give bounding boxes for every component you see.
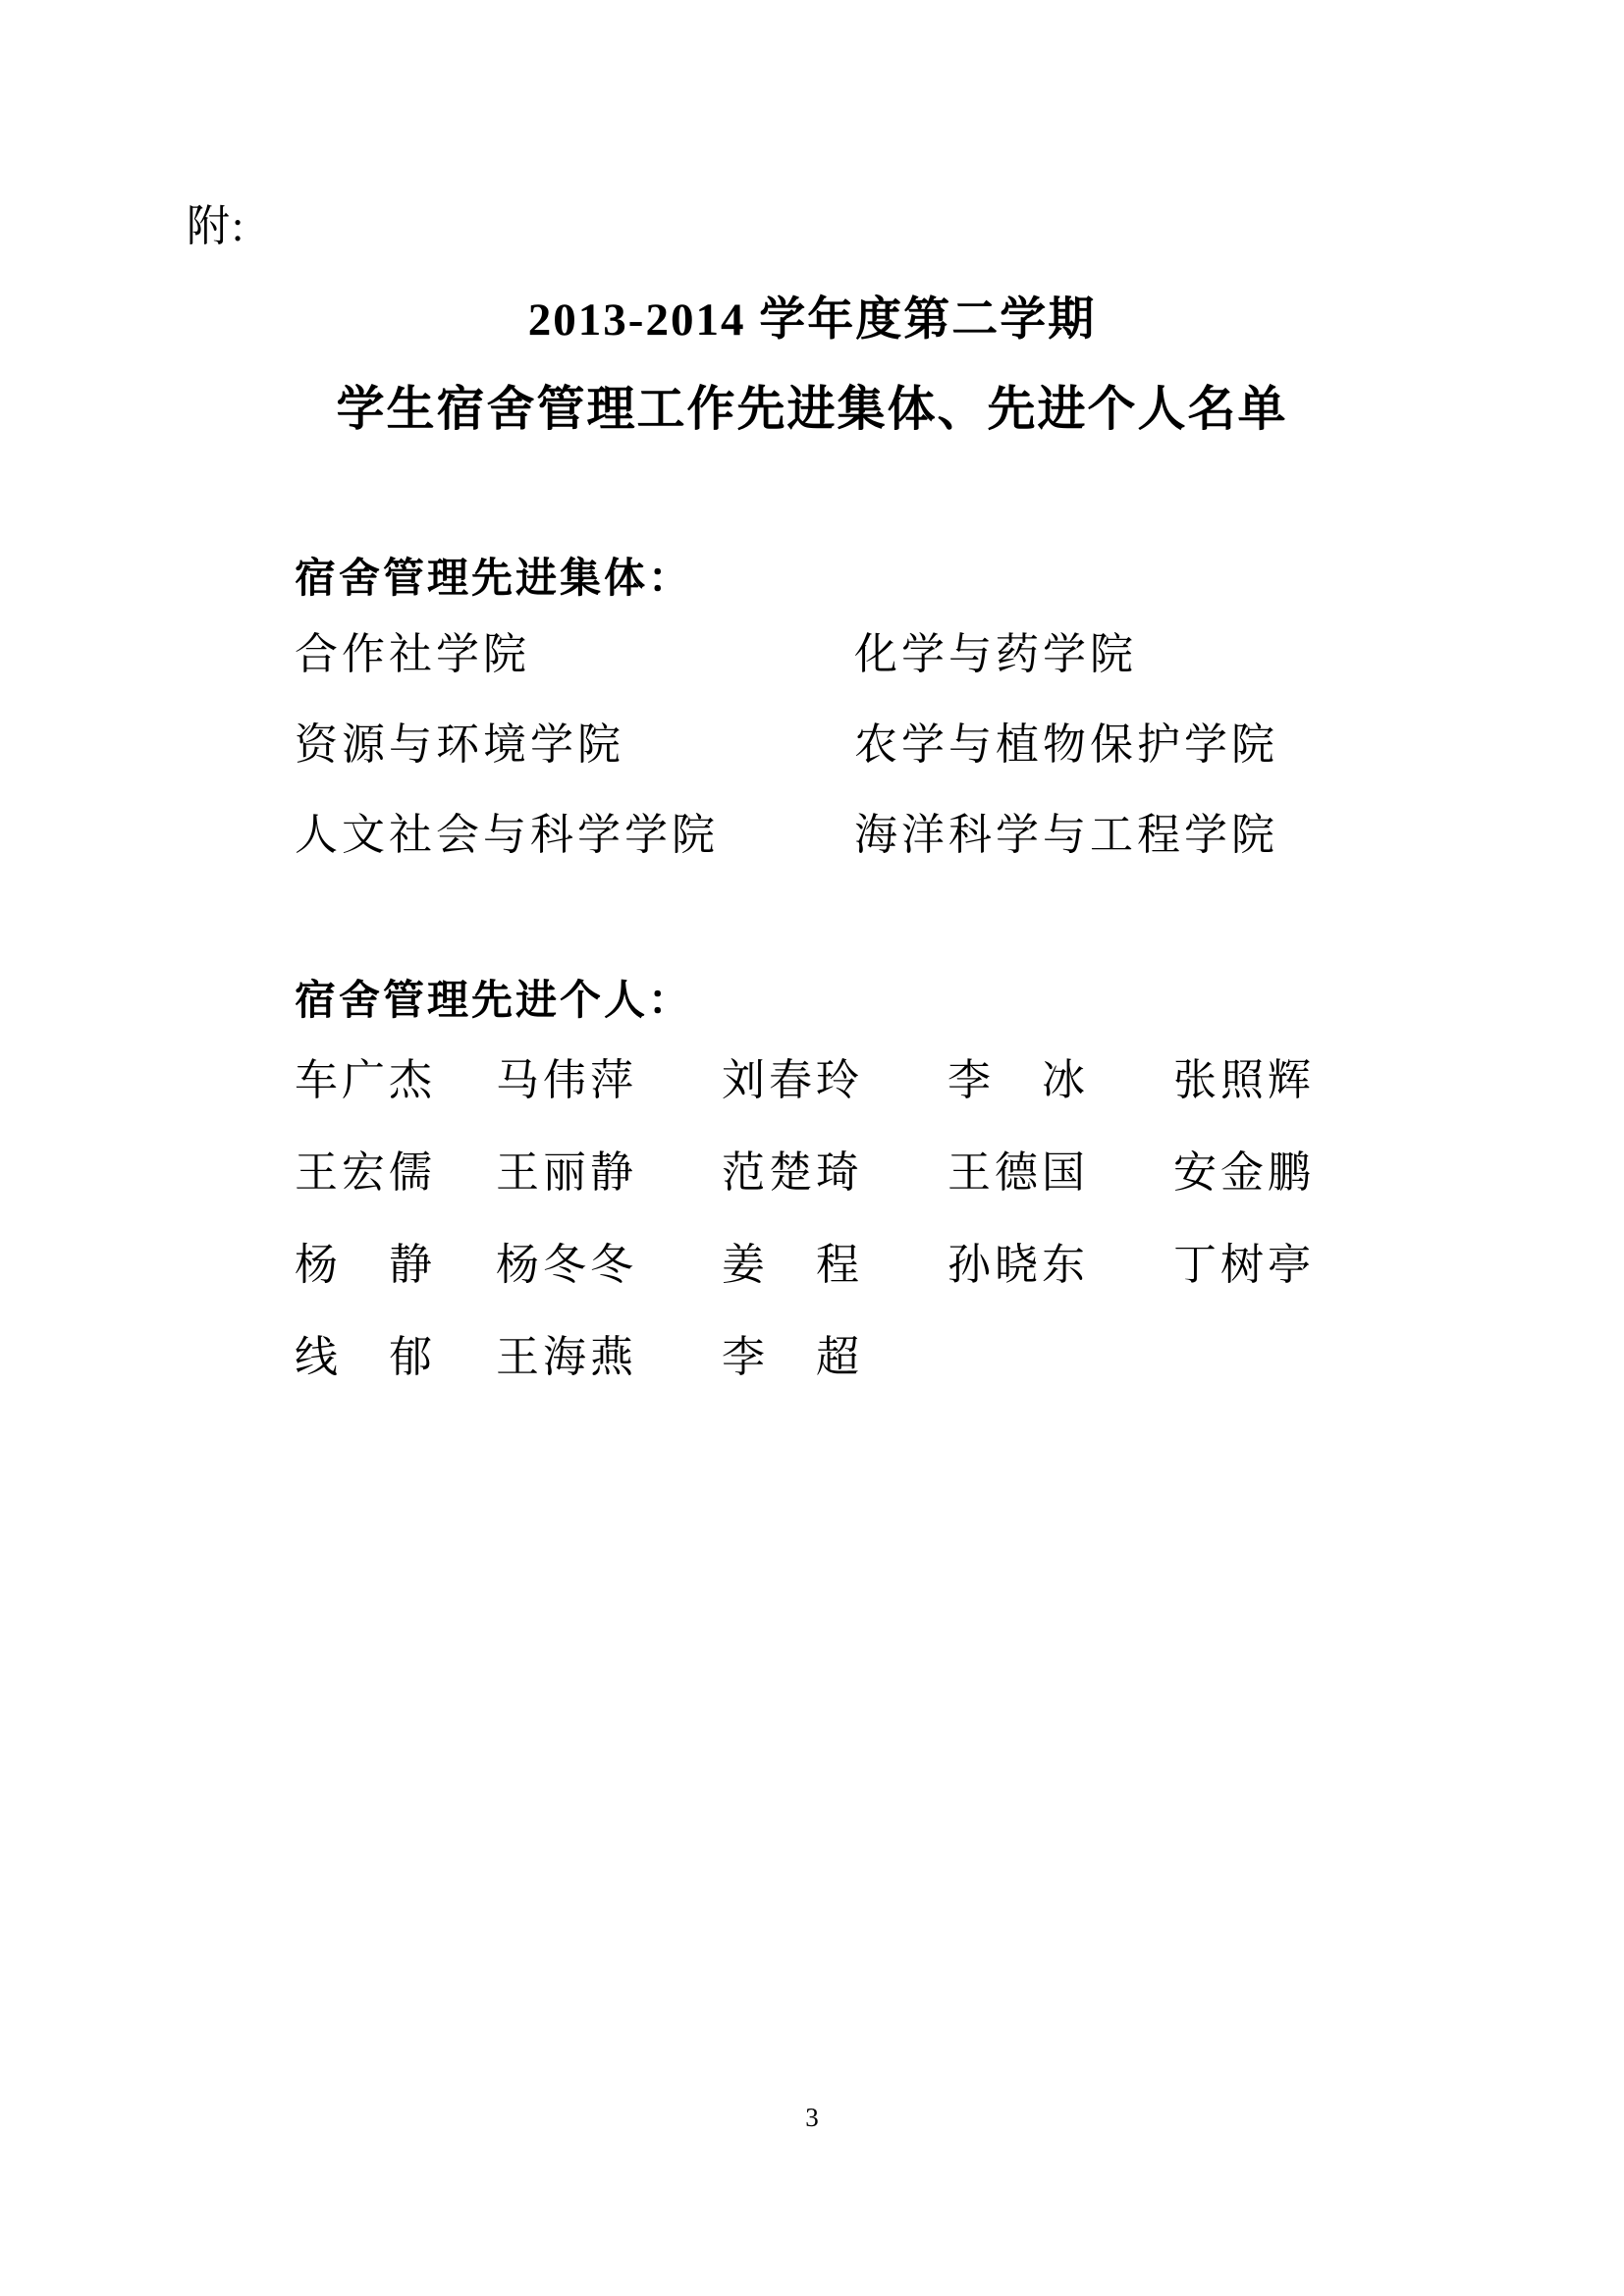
- individual-name: 车广杰: [295, 1056, 496, 1105]
- collective-item: 合作社学院: [295, 630, 854, 679]
- individual-name: 王宏儒: [295, 1148, 496, 1198]
- individual-name: 刘春玲: [722, 1056, 947, 1105]
- document-page: 附: 2013-2014 学年度第二学期 学生宿舍管理工作先进集体、先进个人名单…: [0, 0, 1624, 2296]
- collective-item: 人文社会与科学学院: [295, 811, 854, 860]
- individual-name: 杨 静: [295, 1241, 496, 1290]
- individuals-section-heading: 宿舍管理先进个人：: [295, 968, 692, 1027]
- collective-item: 资源与环境学院: [295, 721, 854, 770]
- individual-name: 王丽静: [496, 1148, 722, 1198]
- individual-name: 李 冰: [947, 1056, 1173, 1105]
- individual-name: 孙晓东: [947, 1241, 1173, 1290]
- document-title-line2: 学生宿舍管理工作先进集体、先进个人名单: [0, 371, 1624, 440]
- collectives-section-heading: 宿舍管理先进集体：: [295, 546, 692, 605]
- individual-name: 张照辉: [1173, 1056, 1315, 1105]
- collective-item: 化学与药学院: [854, 630, 1278, 679]
- individual-name: 姜 程: [722, 1241, 947, 1290]
- attachment-label: 附:: [187, 201, 245, 253]
- individual-name: 王德国: [947, 1148, 1173, 1198]
- page-number: 3: [0, 2103, 1624, 2133]
- individual-name: 杨冬冬: [496, 1241, 722, 1290]
- individual-name: 线 郁: [295, 1333, 496, 1382]
- document-title-line1: 2013-2014 学年度第二学期: [0, 283, 1624, 348]
- collective-item: 农学与植物保护学院: [854, 721, 1278, 770]
- individuals-list: 车广杰 马伟萍 刘春玲 李 冰 张照辉 王宏儒 王丽静 范楚琦 王德国 安金鹏 …: [295, 1056, 1315, 1382]
- collective-item: 海洋科学与工程学院: [854, 811, 1278, 860]
- individual-name: 马伟萍: [496, 1056, 722, 1105]
- individual-name: 李 超: [722, 1333, 947, 1382]
- individual-name: 安金鹏: [1173, 1148, 1315, 1198]
- collectives-list: 合作社学院 化学与药学院 资源与环境学院 农学与植物保护学院 人文社会与科学学院…: [295, 630, 1278, 860]
- individual-name: 丁树亭: [1173, 1241, 1315, 1290]
- individual-name: 王海燕: [496, 1333, 722, 1382]
- individual-name: 范楚琦: [722, 1148, 947, 1198]
